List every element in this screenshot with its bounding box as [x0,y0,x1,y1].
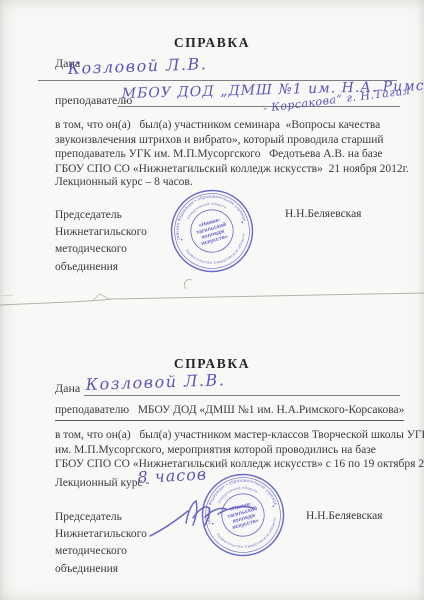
body-line: в том, что он(а) был(а) участником масте… [55,428,424,443]
issued-to-label: Дана [55,381,80,396]
body-line: им. М.П.Мусоргского, мероприятия которой… [55,443,424,458]
signer-role-line: Нижнетагильского [55,526,147,543]
signer-role-block: Председатель Нижнетагильского методическ… [55,207,147,276]
recipient-name-handwritten: Козловой Л.В. [67,54,207,78]
recipient-name-handwritten: Козловой Л.В. [85,370,225,394]
signer-role-line: Председатель [55,509,147,526]
signer-name: Н.Н.Беляевская [306,509,382,524]
teacher-rule [118,106,400,107]
signer-role-line: методического [55,543,147,560]
certificate-1-title: СПРАВКА [0,35,424,51]
body-line: звукоизвлечения штрихов и вибрато», кото… [55,133,409,148]
signer-role-line: Председатель [55,207,147,224]
official-seal-1: Российская Федерация • образовательное у… [167,186,257,276]
signature-rule [84,395,400,396]
handwritten-signature [148,492,260,540]
signer-role-line: Нижнетагильского [55,224,147,241]
body-line: в том, что он(а) был(а) участником семин… [55,118,409,133]
certificate-1-body: в том, что он(а) был(а) участником семин… [55,118,409,176]
signer-role-line: методического [55,241,147,258]
body-line: преподаватель УГК им. М.П.Мусоргского Фе… [55,147,409,162]
signer-role-line: объединения [55,259,147,276]
certificate-2-body: в том, что он(а) был(а) участником масте… [55,428,424,472]
scanned-document-page: СПРАВКА Дана Козловой Л.В. преподавателю… [0,0,424,600]
teacher-line: преподавателю МБОУ ДОД «ДМШ №1 им. Н.А.Р… [55,403,404,421]
signer-name: Н.Н.Беляевская [285,207,361,222]
signer-role-block: Председатель Нижнетагильского методическ… [55,509,147,578]
course-hours-handwritten: 8 часов [137,464,208,487]
signer-role-line: объединения [55,561,147,578]
